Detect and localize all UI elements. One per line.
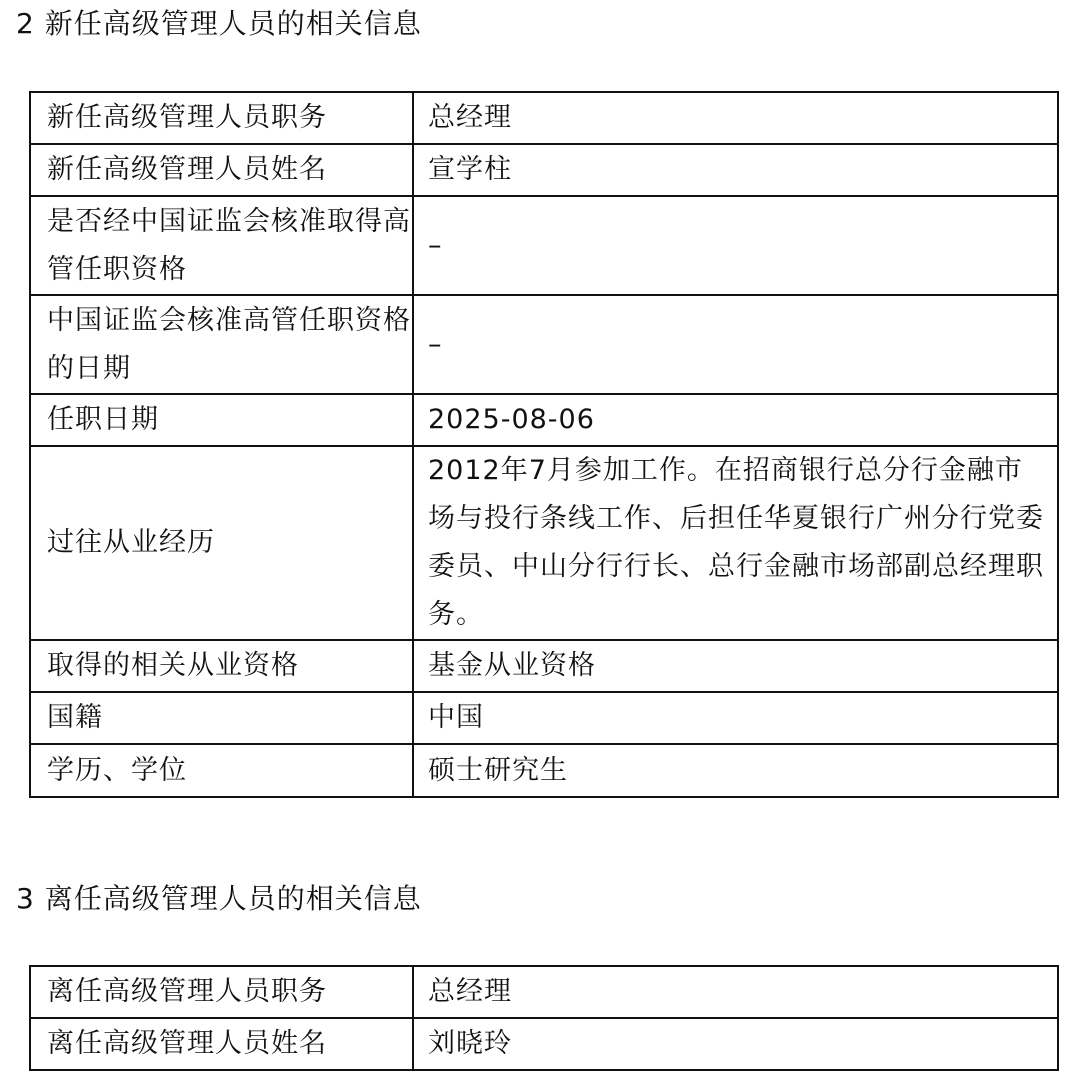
section-2-heading: 2 新任高级管理人员的相关信息 [16,4,422,44]
row-value: 2025-08-06 [413,394,1058,446]
table-row: 国籍 中国 [30,692,1058,744]
row-label: 离任高级管理人员姓名 [30,1018,413,1070]
row-label: 国籍 [30,692,413,744]
departing-executive-info-table: 离任高级管理人员职务 总经理 离任高级管理人员姓名 刘晓玲 [29,965,1059,1071]
row-value: 中国 [413,692,1058,744]
section-3-heading: 3 离任高级管理人员的相关信息 [16,879,422,919]
row-value: 刘晓玲 [413,1018,1058,1070]
new-executive-info-table: 新任高级管理人员职务 总经理 新任高级管理人员姓名 宣学柱 是否经中国证监会核准… [29,91,1059,798]
row-value: 基金从业资格 [413,640,1058,692]
table-row: 过往从业经历 2012年7月参加工作。在招商银行总分行金融市场与投行条线工作、后… [30,446,1058,640]
row-value: 总经理 [413,92,1058,144]
table-row: 离任高级管理人员职务 总经理 [30,966,1058,1018]
row-label: 中国证监会核准高管任职资格的日期 [30,295,413,394]
row-label: 取得的相关从业资格 [30,640,413,692]
table-row: 任职日期 2025-08-06 [30,394,1058,446]
table-row: 是否经中国证监会核准取得高管任职资格 – [30,196,1058,295]
table-row: 新任高级管理人员职务 总经理 [30,92,1058,144]
row-label: 过往从业经历 [30,446,413,640]
table-row: 取得的相关从业资格 基金从业资格 [30,640,1058,692]
row-label: 任职日期 [30,394,413,446]
table-row: 新任高级管理人员姓名 宣学柱 [30,144,1058,196]
row-label: 离任高级管理人员职务 [30,966,413,1018]
row-label: 新任高级管理人员姓名 [30,144,413,196]
row-label: 新任高级管理人员职务 [30,92,413,144]
table-row: 离任高级管理人员姓名 刘晓玲 [30,1018,1058,1070]
row-value: 2012年7月参加工作。在招商银行总分行金融市场与投行条线工作、后担任华夏银行广… [413,446,1058,640]
row-value: 宣学柱 [413,144,1058,196]
table-row: 中国证监会核准高管任职资格的日期 – [30,295,1058,394]
row-value: 硕士研究生 [413,744,1058,797]
row-value: – [413,295,1058,394]
table-row: 学历、学位 硕士研究生 [30,744,1058,797]
row-label: 学历、学位 [30,744,413,797]
row-label: 是否经中国证监会核准取得高管任职资格 [30,196,413,295]
row-value: – [413,196,1058,295]
row-value: 总经理 [413,966,1058,1018]
